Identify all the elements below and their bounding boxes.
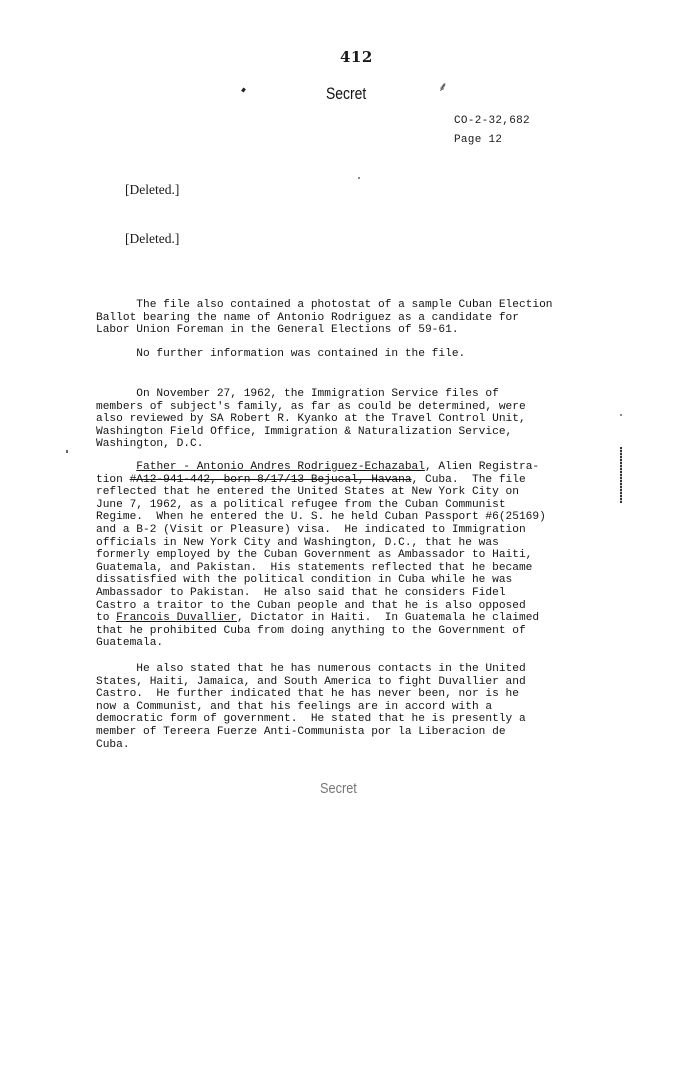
paragraph-election-ballot: The file also contained a photostat of a…	[96, 299, 616, 337]
paragraph-contacts: He also stated that he has numerous cont…	[96, 663, 616, 751]
text-run: reflected that he entered the United Sta…	[96, 486, 546, 624]
text-run: , Cuba. The file	[412, 474, 526, 486]
text-run: , Alien Registra-	[425, 461, 539, 473]
speck	[620, 414, 622, 416]
registration-struck-text: #A12-941-442, born 8/17/13 Bejucal, Hava…	[130, 474, 412, 486]
indent	[96, 461, 136, 473]
text-run: tion	[96, 474, 130, 486]
page-number: 412	[340, 48, 373, 66]
handwritten-initial-mark: ⸙	[438, 77, 448, 95]
paragraph-immigration-review: On November 27, 1962, the Immigration Se…	[96, 388, 616, 451]
margin-speck	[66, 450, 68, 453]
margin-line-mark	[620, 447, 622, 503]
document-id: CO-2-32,682	[454, 112, 530, 131]
document-reference: CO-2-32,682 Page 12	[454, 112, 530, 150]
paragraph-father: Father - Antonio Andres Rodriguez-Echaza…	[96, 461, 616, 650]
classification-header: Secret	[326, 84, 366, 104]
deleted-block: [Deleted.]	[125, 231, 179, 247]
father-name-underlined: Father - Antonio Andres Rodriguez-Echaza…	[136, 461, 425, 473]
classification-footer: Secret	[320, 780, 357, 797]
speck	[358, 177, 360, 179]
pen-mark	[241, 88, 246, 93]
duvallier-underlined: Francois Duvallier	[116, 612, 237, 624]
page-label: Page 12	[454, 131, 530, 150]
paragraph-no-further-info: No further information was contained in …	[96, 348, 616, 361]
deleted-block: [Deleted.]	[125, 182, 179, 198]
document-page: 412 Secret ⸙ CO-2-32,682 Page 12 [Delete…	[0, 0, 691, 1081]
